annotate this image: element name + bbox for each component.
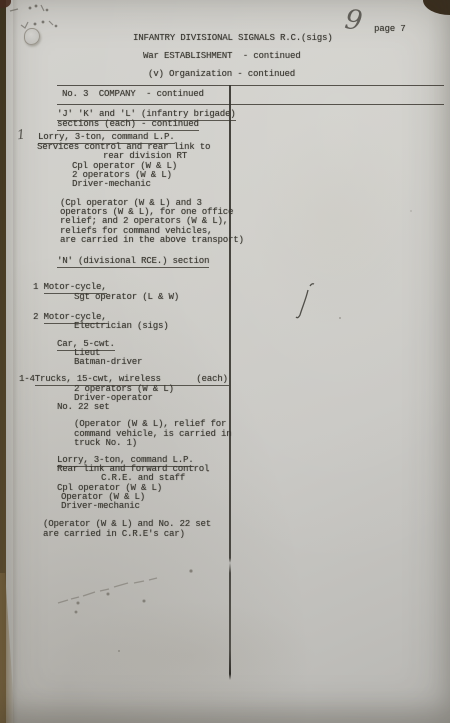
typed-line: truck No. 1) xyxy=(74,439,137,449)
line-text: C.R.E. and staff xyxy=(101,473,185,483)
line-text: Electrician (sigs) xyxy=(74,321,169,331)
line-prefix: 1-4 xyxy=(19,374,35,384)
table-rule-top xyxy=(57,85,444,86)
ink-speck xyxy=(118,650,120,652)
line-prefix: 1 xyxy=(33,282,44,292)
line-text: (Operator (W & L) and No. 22 set xyxy=(43,519,211,529)
typed-line: are carried in C.R.E's car) xyxy=(43,530,185,540)
table-rule-header-bottom xyxy=(57,104,444,105)
ink-speck xyxy=(410,210,412,212)
line-text: Driver-mechanic xyxy=(61,501,140,511)
typed-line: Batman-driver xyxy=(74,358,142,368)
organization-line: (v) Organization - continued xyxy=(148,70,295,80)
typed-line: sections (each) - continued xyxy=(57,120,199,130)
line-text: truck No. 1) xyxy=(74,438,137,448)
pencil-scribble-bottom xyxy=(50,563,220,615)
line-text: 'N' (divisional RCE.) section xyxy=(57,256,209,268)
typed-line: are carried in the above transport) xyxy=(60,236,244,246)
line-right-text: (each) xyxy=(196,375,228,385)
line-text: are carried in C.R.E's car) xyxy=(43,529,185,539)
line-text: sections (each) - continued xyxy=(57,119,199,131)
line-text: relief; and 2 operators (W & L), xyxy=(60,216,228,226)
line-text: No. 22 set xyxy=(57,402,110,412)
typed-line: Driver-mechanic xyxy=(72,180,151,190)
line-text: Batman-driver xyxy=(74,357,142,367)
typed-line: No. 22 set xyxy=(57,403,110,413)
line-text: (Operator (W & L), relief for xyxy=(74,419,226,429)
company-header: No. 3 COMPANY - continued xyxy=(62,90,204,100)
line-text: Driver-mechanic xyxy=(72,179,151,189)
ink-speck xyxy=(207,470,209,472)
line-text: rear division RT xyxy=(103,151,187,161)
document-subtitle: War ESTABLISHMENT - continued xyxy=(143,52,301,62)
typed-line: Driver-mechanic xyxy=(61,502,140,512)
typed-line: 'N' (divisional RCE.) section xyxy=(57,257,209,267)
typed-line: Electrician (sigs) xyxy=(74,322,169,332)
line-text: Sgt operator (L & W) xyxy=(74,292,179,302)
ink-check-mark xyxy=(293,282,319,322)
ink-speck xyxy=(339,317,341,319)
line-prefix: 2 xyxy=(33,312,44,322)
table-column-divider xyxy=(229,85,231,680)
handwritten-margin-number: 1 xyxy=(16,128,26,144)
line-text: are carried in the above transport) xyxy=(60,235,244,245)
document-title: INFANTRY DIVISIONAL SIGNALS R.C.(sigs) xyxy=(133,34,333,44)
document-photo: 9 page 7 INFANTRY DIVISIONAL SIGNALS R.C… xyxy=(0,0,450,723)
typed-line: Sgt operator (L & W) xyxy=(74,293,179,303)
